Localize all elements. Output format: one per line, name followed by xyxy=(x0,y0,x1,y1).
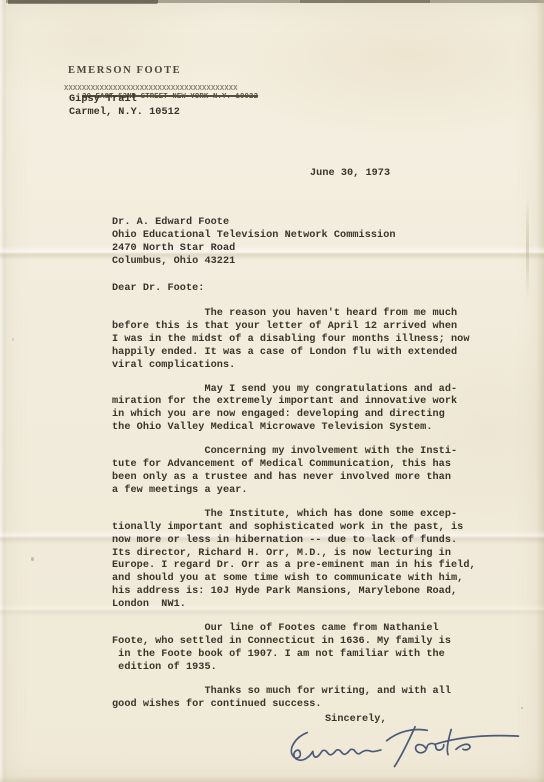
date-line: June 30, 1973 xyxy=(310,168,390,181)
letter-line: Foote, who settled in Connecticut in 163… xyxy=(112,636,476,649)
letter-line: Its director, Richard H. Orr, M.D., is n… xyxy=(112,548,476,561)
paragraph: Thanks so much for writing, and with all… xyxy=(112,686,476,712)
paper-crease-vertical xyxy=(526,195,529,300)
salutation: Dear Dr. Foote: xyxy=(112,283,204,296)
scan-edge-left xyxy=(0,0,7,782)
letter-line: good wishes for continued success. xyxy=(112,699,476,712)
text-line: Gipsy Trail xyxy=(69,94,180,107)
paragraph: Concerning my involvement with the Insti… xyxy=(112,446,476,498)
letter-line: been only as a trustee and has never inv… xyxy=(112,472,476,485)
letter-line: May I send you my congratulations and ad… xyxy=(112,384,476,397)
letter-line: before this is that your letter of April… xyxy=(112,321,476,334)
scan-edge-right xyxy=(536,0,544,782)
paper-speck xyxy=(521,707,523,709)
paragraph: The reason you haven't heard from me muc… xyxy=(112,308,476,373)
text-line: Columbus, Ohio 43221 xyxy=(112,256,396,269)
letter-line: in which you are now engaged: developing… xyxy=(112,409,476,422)
letter-scan: EMERSON FOOTE 20 EAST 52ND STREET NEW YO… xyxy=(0,0,544,782)
paper-speck xyxy=(12,338,14,341)
letter-line: London NW1. xyxy=(112,599,476,612)
scan-edge-top-left xyxy=(8,0,158,4)
paragraph: The Institute, which has done some excep… xyxy=(112,509,476,612)
text-line: Ohio Educational Television Network Comm… xyxy=(112,230,396,243)
signature-emerson-foote xyxy=(285,720,532,782)
recipient-address-block: Dr. A. Edward FooteOhio Educational Tele… xyxy=(112,217,396,269)
letter-body: The reason you haven't heard from me muc… xyxy=(112,308,476,722)
letter-line: Europe. I regard Dr. Orr as a pre-eminen… xyxy=(112,560,476,573)
paper-speck xyxy=(31,557,34,561)
letter-line: The Institute, which has done some excep… xyxy=(112,509,476,522)
letter-line: and should you at some time wish to comm… xyxy=(112,573,476,586)
paragraph: Our line of Footes came from NathanielFo… xyxy=(112,623,476,675)
letter-line: I was in the midst of a disabling four m… xyxy=(112,334,476,347)
letterhead-name: EMERSON FOOTE xyxy=(68,65,181,76)
strikeout-overtype: XXXXXXXXXXXXXXXXXXXXXXXXXXXXXXXXXXXXXXX xyxy=(64,85,238,93)
letter-line: the Ohio Valley Medical Microwave Televi… xyxy=(112,422,476,435)
letter-line: in the Foote book of 1907. I am not fami… xyxy=(112,649,476,662)
text-line: Carmel, N.Y. 10512 xyxy=(69,107,180,120)
letter-line: a few meetings a year. xyxy=(112,485,476,498)
paragraph: May I send you my congratulations and ad… xyxy=(112,384,476,436)
letter-line: his address is: 10J Hyde Park Mansions, … xyxy=(112,586,476,599)
letter-line: edition of 1935. xyxy=(112,662,476,675)
letter-line: Thanks so much for writing, and with all xyxy=(112,686,476,699)
signature-ink-strokes xyxy=(285,720,532,781)
struck-out-address: 20 EAST 52ND STREET NEW YORK N.Y. 10022 … xyxy=(64,85,258,94)
letter-line: Our line of Footes came from Nathaniel xyxy=(112,623,476,636)
letter-line: now more or less in hibernation -- due t… xyxy=(112,535,476,548)
letter-line: viral complications. xyxy=(112,360,476,373)
letter-line: tute for Advancement of Medical Communic… xyxy=(112,459,476,472)
letter-line: tionally important and sophisticated wor… xyxy=(112,522,476,535)
letter-line: miration for the extremely important and… xyxy=(112,396,476,409)
letter-line: happily ended. It was a case of London f… xyxy=(112,347,476,360)
letter-line: The reason you haven't heard from me muc… xyxy=(112,308,476,321)
text-line: 2470 North Star Road xyxy=(112,243,396,256)
letter-line: Concerning my involvement with the Insti… xyxy=(112,446,476,459)
sender-address: Gipsy TrailCarmel, N.Y. 10512 xyxy=(69,94,180,120)
scan-edge-top-mid xyxy=(300,0,430,3)
text-line: Dr. A. Edward Foote xyxy=(112,217,396,230)
